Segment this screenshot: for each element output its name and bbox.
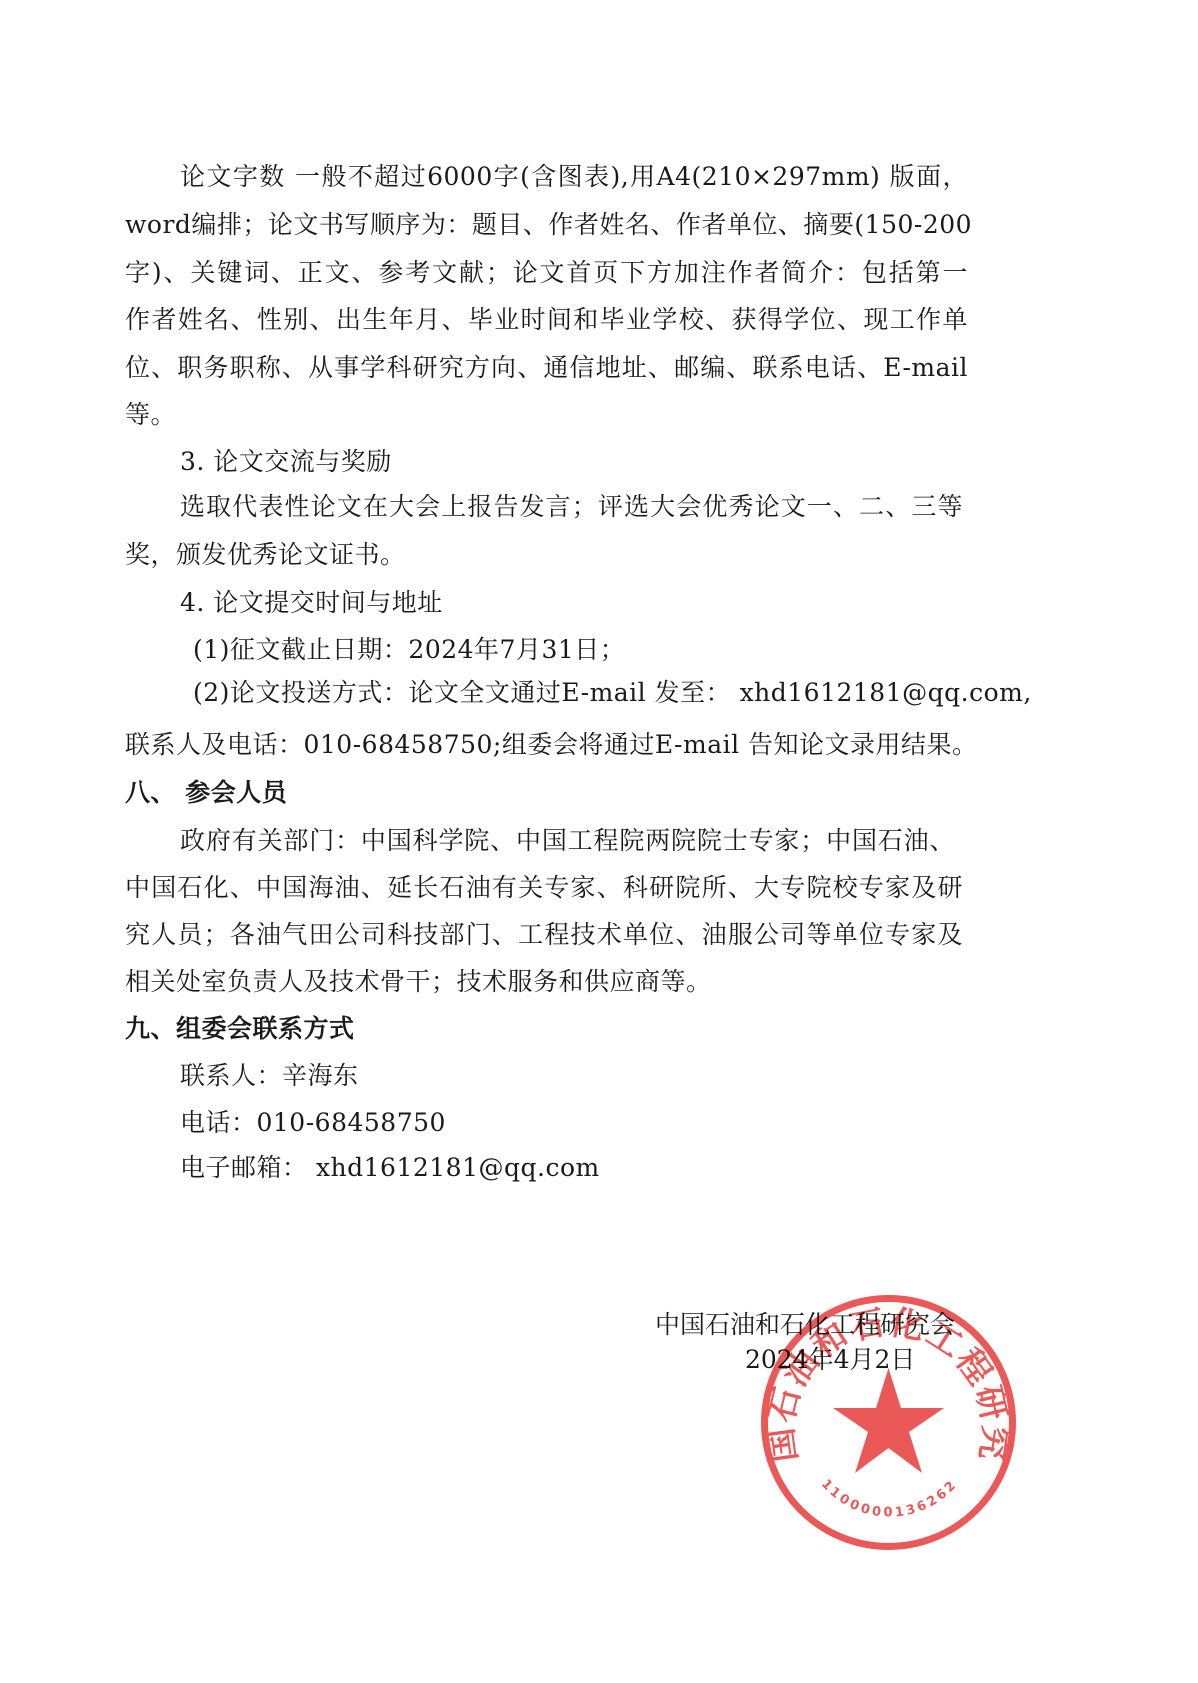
- paragraph-line: 作者姓名、性别、出生年月、毕业时间和毕业学校、获得学位、现工作单: [125, 305, 968, 335]
- paragraph-line: 联系人及电话：010-68458750;组委会将通过E-mail 告知论文录用结…: [125, 730, 978, 760]
- document-page: 论文字数 一般不超过6000字(含图表),用A4(210×297mm) 版面， …: [0, 0, 1198, 1683]
- svg-text:1100000136262: 1100000136262: [818, 1477, 961, 1521]
- section-heading: 九、组委会联系方式: [125, 1014, 355, 1044]
- paragraph-line: 选取代表性论文在大会上报告发言；评选大会优秀论文一、二、三等: [180, 492, 963, 522]
- paragraph-line: 论文字数 一般不超过6000字(含图表),用A4(210×297mm) 版面，: [180, 162, 968, 192]
- paragraph-line: word编排；论文书写顺序为：题目、作者姓名、作者单位、摘要(150-200: [125, 210, 968, 240]
- paragraph-line: 究人员；各油气田公司科技部门、工程技术单位、油服公司等单位专家及: [125, 920, 963, 950]
- paragraph-line: 等。: [125, 400, 176, 430]
- section-heading: 八、 参会人员: [125, 778, 287, 808]
- section-heading: 3. 论文交流与奖励: [180, 447, 392, 477]
- paragraph-line: 字)、关键词、正文、参考文献；论文首页下方加注作者简介：包括第一: [125, 258, 968, 288]
- paragraph-line: 政府有关部门：中国科学院、中国工程院两院院士专家；中国石油、: [180, 826, 955, 856]
- section-heading: 4. 论文提交时间与地址: [180, 588, 443, 618]
- paragraph-line: 中国石化、中国海油、延长石油有关专家、科研院所、大专院校专家及研: [125, 873, 963, 903]
- list-item: (1)征文截止日期：2024年7月31日；: [193, 635, 625, 665]
- list-item: (2)论文投送方式：论文全文通过E-mail 发至： xhd1612181@qq…: [193, 678, 1032, 708]
- contact-email: 电子邮箱： xhd1612181@qq.com: [180, 1153, 600, 1183]
- paragraph-line: 奖，颁发优秀论文证书。: [125, 540, 406, 570]
- official-seal-icon: 中国石油和石化工程研究会 1100000136262: [756, 1290, 1021, 1555]
- paragraph-line: 位、职务职称、从事学科研究方向、通信地址、邮编、联系电话、E-mail: [125, 353, 968, 383]
- paragraph-line: 相关处室负责人及技术骨干；技术服务和供应商等。: [125, 967, 712, 997]
- contact-name: 联系人：辛海东: [180, 1061, 359, 1091]
- contact-phone: 电话：010-68458750: [180, 1108, 446, 1138]
